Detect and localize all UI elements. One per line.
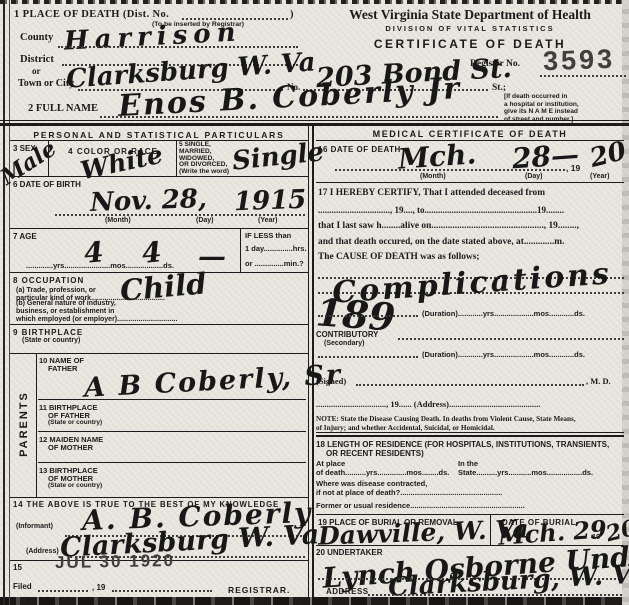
note-line2: of Injury; and whether Accidental, Suici… [316, 424, 495, 432]
or-min-line: or ..............min.? [245, 259, 304, 268]
age-label: 7 AGE [13, 232, 37, 241]
dob-row-rule [10, 228, 308, 229]
secondary-label: (Secondary) [324, 340, 364, 347]
dob-month-day-value: Nov. 28, [90, 184, 208, 218]
sex-race-divider [48, 140, 49, 176]
signed-line2: ................................., 19...… [316, 399, 540, 409]
dob-year-value: 1915 [233, 185, 306, 218]
filed-line-1 [38, 590, 88, 592]
hospital-note: [If death occurred in a hospital or inst… [504, 93, 626, 123]
age-units-line: .............yrs......................mo… [26, 261, 174, 270]
dod-day-sub: (Day) [525, 173, 543, 180]
certify-line2: ................................, 19....… [318, 205, 564, 215]
dod-line [335, 169, 565, 171]
dod-row-rule [316, 182, 624, 183]
register-number-stamp: 3593 [542, 44, 615, 77]
certify-line1: 17 I HEREBY CERTIFY, That I attended dec… [318, 188, 545, 198]
occupation-b-line2: business, or establishment in [16, 308, 114, 315]
occupation-b-line1: (b) General nature of industry, [16, 300, 116, 307]
dod-month-sub: (Month) [420, 173, 446, 180]
county-line [58, 46, 298, 48]
dob-month-sub: (Month) [105, 217, 131, 224]
cause-line-3 [318, 315, 418, 317]
registrar-label: REGISTRAR. [228, 585, 290, 595]
hospital-note-line2: a hospital or institution, [504, 101, 579, 108]
dob-label: 6 DATE OF BIRTH [13, 180, 81, 189]
filed-line-2 [112, 590, 212, 592]
burial-year-printed: 19 [592, 532, 600, 541]
birthplace-sub: (State or country) [22, 337, 80, 344]
district-label: District [20, 54, 54, 65]
cause-line-4 [318, 356, 418, 358]
dob-year-sub: (Year) [258, 217, 277, 224]
dod-year-printed: , 19 [566, 163, 580, 173]
sex-row-rule [10, 176, 308, 177]
undertaker-label: 20 UNDERTAKER [316, 548, 383, 557]
former-residence-line: Former or usual residence...............… [316, 501, 525, 510]
at-place-label: At place [316, 459, 345, 468]
dob-day-sub: (Day) [196, 217, 214, 224]
father-name-label2: FATHER [48, 364, 77, 373]
st-label: St.; [492, 83, 506, 93]
division-title: DIVISION OF VITAL STATISTICS [320, 24, 620, 33]
contributory-line [398, 338, 624, 340]
scan-edge-left-inner [9, 0, 10, 605]
race-marital-divider [176, 140, 177, 176]
certify-line4: and that death occured, on the date stat… [318, 237, 564, 247]
header-rule-thin [0, 120, 629, 121]
signed-label: (Signed) [316, 376, 346, 386]
or-label: or [32, 66, 41, 76]
dod-year-sub: (Year) [590, 173, 609, 180]
father-name-rule [38, 399, 306, 400]
burial-row-top-rule [316, 514, 624, 515]
occupation-b-line3: which employed (or employer)............… [16, 316, 177, 323]
father-birthplace-rule [38, 431, 306, 432]
birthplace-label: 9 BIRTHPLACE [13, 328, 83, 337]
scan-edge-bottom [0, 597, 629, 605]
father-name-value: A B Coberly, Sr [83, 359, 343, 403]
birthplace-row-rule [10, 353, 308, 354]
disease-question-line2: if not at place of death?...............… [316, 488, 502, 497]
occupation-label: 8 OCCUPATION [13, 276, 84, 285]
death-certificate-document: 1 PLACE OF DEATH (Dist. No. ) (To be ins… [0, 0, 629, 605]
mother-name-rule [38, 462, 306, 463]
hospital-note-line3: give its N A M E instead [504, 108, 578, 115]
informant-label: (Informant) [16, 523, 53, 530]
note-rule-thin [316, 432, 624, 433]
undertaker-address-line [368, 594, 622, 596]
marital-label: 5 SINGLE, MARRIED, WIDOWED, OR DIVORCED,… [179, 142, 237, 176]
duration-line-2: (Duration)............yrs...............… [422, 350, 585, 359]
age-subcell-divider [240, 228, 241, 272]
residence-label2: OR RECENT RESIDENTS) [326, 449, 424, 458]
one-day-line: 1 day..............hrs. [245, 244, 307, 253]
place-of-death-label: 1 PLACE OF DEATH (Dist. No. [14, 9, 169, 20]
father-birthplace-sub: (State or country) [48, 419, 102, 426]
md-label: , M. D. [586, 376, 611, 386]
occupation-row-rule [10, 324, 308, 325]
certify-line3: that I last saw h........alive on.......… [318, 221, 579, 231]
at-place-line: of death..........yrs..............mos..… [316, 468, 449, 477]
residence-label1: 18 LENGTH OF RESIDENCE (FOR HOSPITALS, I… [316, 440, 609, 449]
full-name-line [100, 116, 498, 118]
filed-number: 15 [13, 563, 22, 572]
occupation-value: Child [119, 266, 208, 307]
register-line [540, 75, 626, 77]
scan-edge-left-outer [3, 0, 5, 605]
occupation-a-line1: (a) Trade, profession, or [16, 287, 96, 294]
in-state-line: State..........yrs...........mos........… [458, 468, 593, 477]
hospital-note-line1: [If death occurred in [504, 93, 567, 100]
scan-edge-top [0, 0, 629, 4]
personal-section-title: PERSONAL AND STATISTICAL PARTICULARS [10, 130, 308, 140]
note-rule-thick [316, 435, 624, 437]
register-label: Register No. [470, 59, 520, 69]
signed-line [356, 384, 584, 386]
county-label: County [20, 32, 53, 43]
address-label: (Address) [26, 548, 59, 555]
filed-label: Filed [13, 582, 32, 591]
dob-line [55, 214, 305, 216]
undertaker-address-label: ADDRESS [326, 587, 369, 596]
department-title: West Virginia State Department of Health [320, 7, 620, 23]
full-name-label: 2 FULL NAME [28, 103, 98, 114]
dist-no-paren: ) [290, 9, 294, 20]
marital-label-line5: (Write the word) [179, 168, 229, 175]
if-less-label: IF LESS than [245, 231, 291, 240]
county-value: Harrison [63, 17, 242, 56]
contributory-label: CONTRIBUTORY [316, 330, 378, 339]
parents-divider [36, 353, 37, 497]
parents-label: PARENTS [18, 374, 30, 474]
filed-date-stamp: JUL 30 1920 [55, 551, 175, 573]
duration-line-1: (Duration)............yrs...............… [422, 309, 585, 318]
note-line1: NOTE: State the Disease Causing Death. I… [316, 415, 576, 423]
header-rule-thick [0, 123, 629, 126]
mother-name-label2: OF MOTHER [48, 443, 93, 452]
dod-label: 16 DATE OF DEATH [318, 145, 401, 154]
cause-of-death-label: The CAUSE OF DEATH was as follows; [318, 252, 479, 262]
filed-year-printed: , 19 [92, 583, 105, 592]
in-the-label: In the [458, 459, 478, 468]
disease-question-line1: Where was disease contracted, [316, 479, 427, 488]
mother-birthplace-sub: (State or country) [48, 482, 102, 489]
